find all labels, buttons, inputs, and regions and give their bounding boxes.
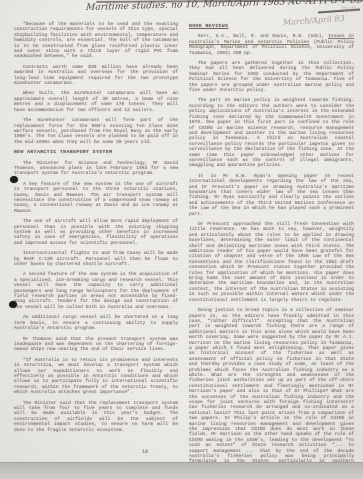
paragraph: It is Mr K.W. Ryan's opening paper on re… [189,174,354,217]
paragraph: The Minister for Science and Technology,… [14,161,178,177]
paragraph: The Minister said that the replacement t… [14,401,178,433]
scanner-background [0,462,363,479]
paragraph: A key feature of the new system is the u… [14,182,178,214]
book-citation: Kerr, S.A., Ball, R. and Davis, B.W. (ed… [189,34,354,56]
paragraph: “Because of the materials to be used and… [14,22,178,60]
hole-punch-mark [10,176,18,183]
paragraph: Dr Prescott approached the still fresh C… [189,222,354,303]
paragraph: The papers are gathered together in this… [189,61,354,93]
hole-punch-mark [9,301,17,308]
left-column: “Because of the materials to be used and… [14,22,178,438]
paragraph: Doing justice to broad topics in a colle… [189,308,354,470]
paragraph: A second feature of the new system is th… [14,272,178,310]
paragraph: “If Australia is to retain its prominenc… [14,358,178,396]
page-number: 18 [142,449,148,455]
right-column: BOOK REVIEWS Kerr, S.A., Ball, R. and Da… [189,22,354,475]
paragraph: The part on marine policy is weighted to… [189,98,354,168]
scanned-page: Maritime studies. no 10, March/April 198… [0,0,363,463]
paragraph: The minehunter catamarans will form part… [14,118,178,145]
section-heading-antarctic-transport: NEW ANTARCTIC TRANSPORT SYSTEM [14,150,178,155]
paragraph: The use of aircraft will allow more rapi… [14,219,178,246]
section-heading-book-reviews: BOOK REVIEWS [189,24,354,29]
paragraph: Intercontinental flights to and from Cas… [14,251,178,267]
paragraph: Mr Thomson said that the present transpo… [14,337,178,353]
pencil-annotation-dup: Dup [341,4,357,14]
paragraph: An additional cargo vessel will be chart… [14,315,178,331]
paragraph: Contracts worth some $30 million have al… [14,65,178,87]
citation-authors: Kerr, S.A., Ball, R. and Davis, B.W. (ed… [198,34,328,39]
paragraph: When built, the minehunter catamarans wi… [14,91,178,113]
